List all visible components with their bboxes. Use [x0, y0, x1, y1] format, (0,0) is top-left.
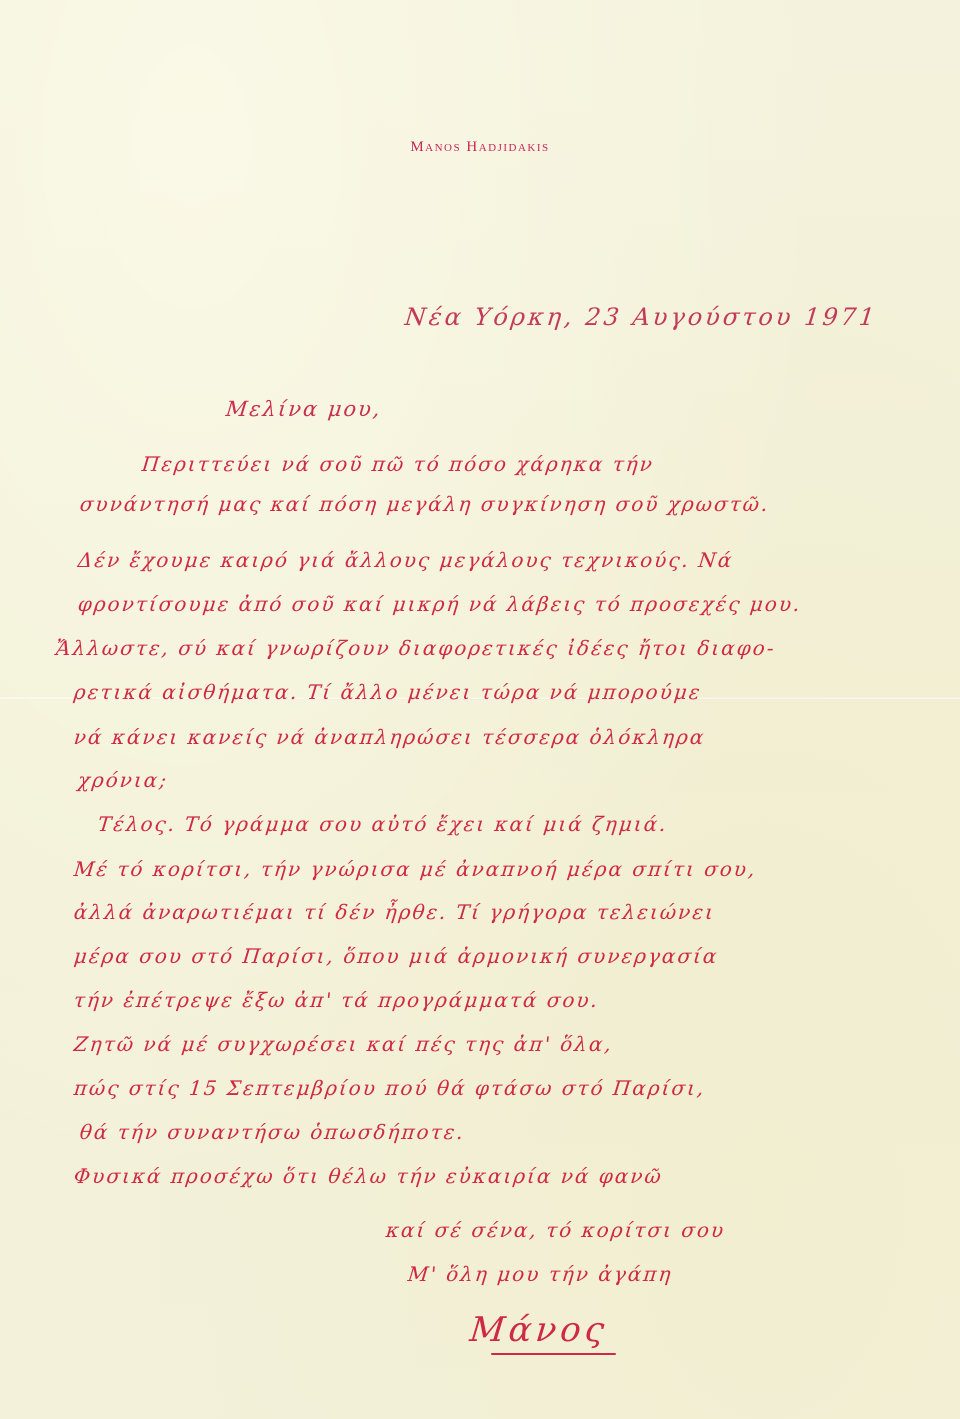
body-line: ρετικά αἰσθήματα. Τί ἄλλο μένει τώρα νά …: [73, 680, 703, 704]
date-line: Νέα Υόρκη, 23 Αυγούστου 1971: [404, 303, 879, 331]
body-line: Μέ τό κορίτσι, τήν γνώρισα μέ ἀναπνοή μέ…: [73, 857, 758, 881]
body-line: Ἄλλωστε, σύ καί γνωρίζουν διαφορετικές ἰ…: [55, 636, 777, 660]
body-line: νά κάνει κανείς νά ἀναπληρώσει τέσσερα ὁ…: [73, 725, 707, 749]
body-line: θά τήν συναντήσω ὁπωσδήποτε.: [79, 1120, 467, 1144]
body-line: φροντίσουμε ἀπό σοῦ καί μικρή νά λάβεις …: [77, 592, 803, 616]
body-line: ἀλλά ἀναρωτιέμαι τί δέν ἦρθε. Τί γρήγορα…: [73, 900, 717, 924]
letter-paper: [0, 0, 960, 1419]
letterhead: Manos Hadjidakis: [0, 139, 960, 156]
salutation: Μελίνα μου,: [225, 397, 383, 421]
body-line: τήν ἐπέτρεψε ἔξω ἀπ' τά προγράμματά σου.: [73, 988, 601, 1012]
body-line: Ζητῶ νά μέ συγχωρέσει καί πές της ἀπ' ὅλ…: [73, 1032, 614, 1056]
closing-line: Μ' ὅλη μου τήν ἀγάπη: [407, 1262, 674, 1286]
body-line: συνάντησή μας καί πόση μεγάλη συγκίνηση …: [79, 492, 771, 516]
body-line: Τέλος. Τό γράμμα σου αὐτό ἔχει καί μιά ζ…: [97, 812, 669, 836]
body-line: πώς στίς 15 Σεπτεμβρίου πού θά φτάσω στό…: [73, 1076, 707, 1100]
closing-line: καί σέ σένα, τό κορίτσι σου: [385, 1218, 727, 1242]
body-line: Περιττεύει νά σοῦ πῶ τό πόσο χάρηκα τήν: [141, 452, 656, 476]
signature: Μάνος: [468, 1310, 610, 1350]
body-line: Δέν ἔχουμε καιρό γιά ἄλλους μεγάλους τεχ…: [77, 548, 735, 572]
body-line: χρόνια;: [77, 768, 170, 792]
body-line: Φυσικά προσέχω ὅτι θέλω τήν εὐκαιρία νά …: [73, 1164, 664, 1188]
signature-underline: [491, 1353, 616, 1355]
body-line: μέρα σου στό Παρίσι, ὅπου μιά ἀρμονική σ…: [73, 944, 720, 968]
